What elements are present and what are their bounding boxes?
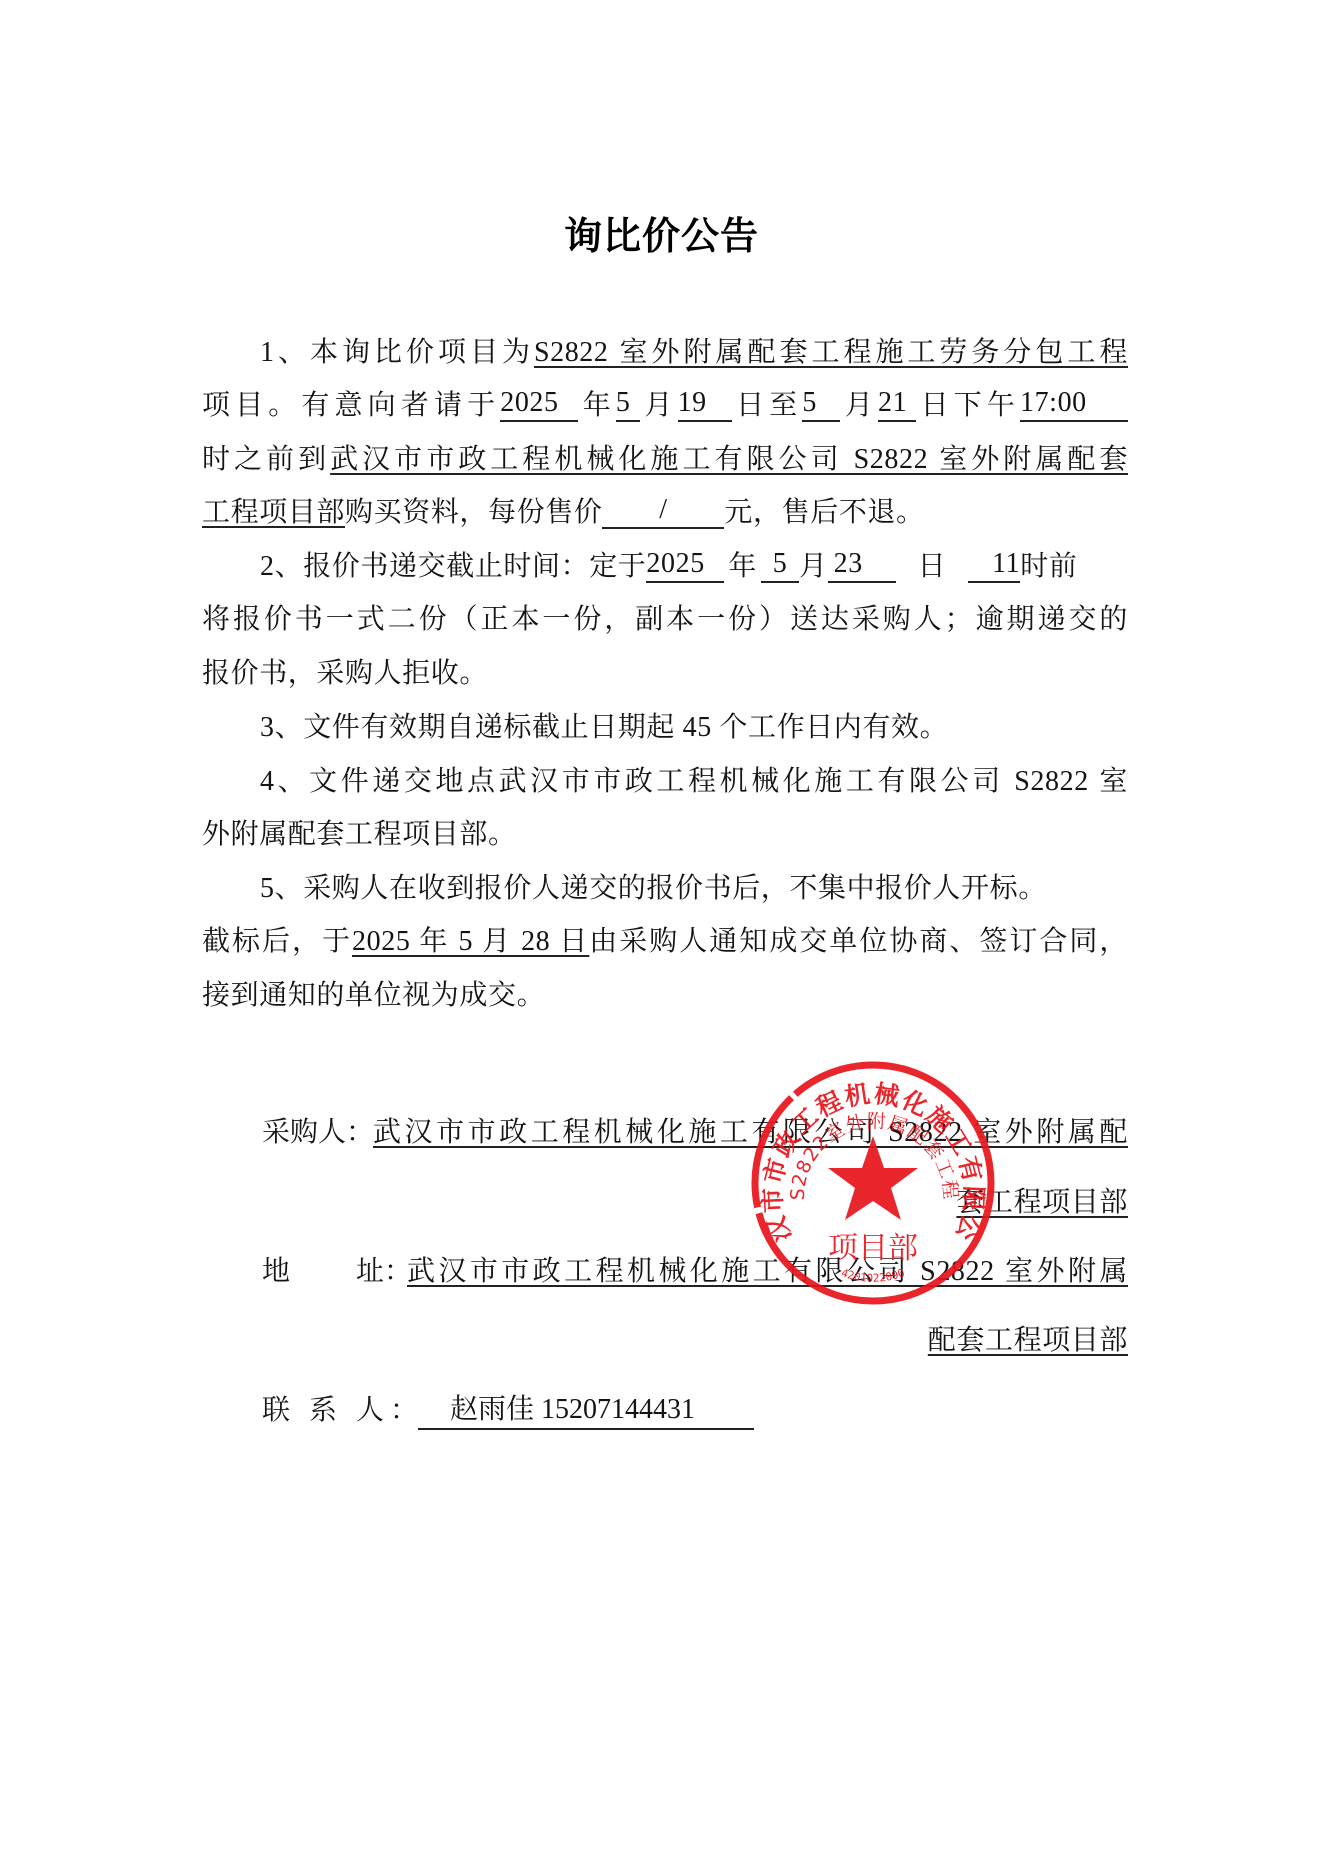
address-value: 武汉市市政工程机械化施工有限公司 S2822 室外附属 [407, 1256, 1128, 1287]
paragraph-1-line-4: 工程项目部购买资料，每份售价/元，售后不退。 [202, 493, 1128, 533]
price-field: / [602, 493, 724, 529]
paragraph-5-line-2: 截标后，于2025 年 5 月 28 日由采购人通知成交单位协商、签订合同， [202, 922, 1128, 962]
paragraph-2-line-3: 报价书，采购人拒收。 [202, 654, 1128, 694]
text-segment: 截标后，于 [202, 926, 352, 957]
purchaser-name: 武汉市市政工程机械化施工有限公司 S2822 室外附属配 [373, 1117, 1128, 1148]
paragraph-3: 3、文件有效期自递标截止日期起 45 个工作日内有效。 [202, 708, 1128, 748]
purchase-location: 武汉市市政工程机械化施工有限公司 S2822 室外附属配套 [330, 444, 1128, 475]
paragraph-5-line-3: 接到通知的单位视为成交。 [202, 976, 1128, 1016]
deadline-time-field: 17:00 [1020, 386, 1128, 422]
address-label-2: 址： [356, 1252, 412, 1292]
text-segment: 购买资料，每份售价 [345, 497, 602, 528]
submit-year-field: 2025 [646, 547, 724, 583]
paragraph-4-line-2: 外附属配套工程项目部。 [202, 815, 1128, 855]
purchaser-label: 采购人： [262, 1113, 374, 1153]
contact-label: 联 系 人： [262, 1391, 424, 1431]
text-segment: 时之前到 [202, 444, 330, 475]
text-segment: 月 [799, 551, 828, 582]
award-date: 2025 年 5 月 28 日 [352, 926, 589, 957]
text-segment: 年 [728, 551, 757, 582]
paragraph-1-lead: 1、本询比价项目为 [260, 337, 534, 368]
project-name: S2822 室外附属配套工程施工劳务分包工程 [534, 337, 1128, 368]
contact-value: 赵雨佳 15207144431 [418, 1394, 695, 1425]
paragraph-4-line-1: 4、文件递交地点武汉市市政工程机械化施工有限公司 S2822 室 [202, 762, 1128, 802]
submit-day-field: 23 [828, 547, 896, 583]
purchaser-name-cont: 套工程项目部 [956, 1187, 1128, 1218]
text-segment: 月 [640, 390, 678, 421]
purchase-location-cont: 工程项目部 [202, 497, 345, 528]
submit-hour-field: 11 [968, 547, 1020, 583]
contact-field: 赵雨佳 15207144431 [418, 1391, 754, 1430]
paragraph-1-line-1: 1、本询比价项目为S2822 室外附属配套工程施工劳务分包工程 [202, 333, 1128, 373]
paragraph-1-line-2: 项目。有意向者请于2025年5月19日至5月21日下午17:00 [202, 386, 1128, 426]
address-line-2: 配套工程项目部 [202, 1321, 1128, 1361]
text-segment: 时前 [1020, 551, 1077, 582]
text-segment: 由采购人通知成交单位协商、签订合同， [589, 926, 1128, 957]
end-day-field: 21 [878, 386, 916, 422]
text-segment: 日下午 [916, 390, 1020, 421]
paragraph-2-line-1: 2、报价书递交截止时间：定于2025年5月23日11时前 [202, 547, 1128, 587]
text-segment: 日 [918, 551, 947, 582]
page-title: 询比价公告 [0, 205, 1323, 260]
paragraph-5-line-1: 5、采购人在收到报价人递交的报价书后，不集中报价人开标。 [202, 869, 1128, 909]
paragraph-2-line-2: 将报价书一式二份（正本一份，副本一份）送达采购人；逾期递交的 [202, 600, 1128, 640]
purchase-year-field: 2025 [500, 386, 578, 422]
text-segment: 日至 [732, 390, 803, 421]
text-segment: 元，售后不退。 [724, 497, 924, 528]
document-page: 询比价公告 1、本询比价项目为S2822 室外附属配套工程施工劳务分包工程 项目… [0, 0, 1323, 1871]
purchaser-name-line-1: 武汉市市政工程机械化施工有限公司 S2822 室外附属配 [373, 1113, 1128, 1153]
end-month-field: 5 [802, 386, 840, 422]
address-label-1: 地 [262, 1252, 290, 1292]
paragraph-1-line-3: 时之前到武汉市市政工程机械化施工有限公司 S2822 室外附属配套 [202, 440, 1128, 480]
text-segment: 2、报价书递交截止时间：定于 [260, 551, 646, 582]
address-value-cont: 配套工程项目部 [928, 1325, 1128, 1356]
start-day-field: 19 [678, 386, 732, 422]
purchaser-name-line-2: 套工程项目部 [202, 1183, 1128, 1223]
text-segment: 年 [578, 390, 616, 421]
start-month-field: 5 [616, 386, 640, 422]
text-segment: 项目。有意向者请于 [202, 390, 500, 421]
address-line-1: 武汉市市政工程机械化施工有限公司 S2822 室外附属 [407, 1252, 1128, 1292]
submit-month-field: 5 [761, 547, 799, 583]
text-segment: 月 [840, 390, 878, 421]
